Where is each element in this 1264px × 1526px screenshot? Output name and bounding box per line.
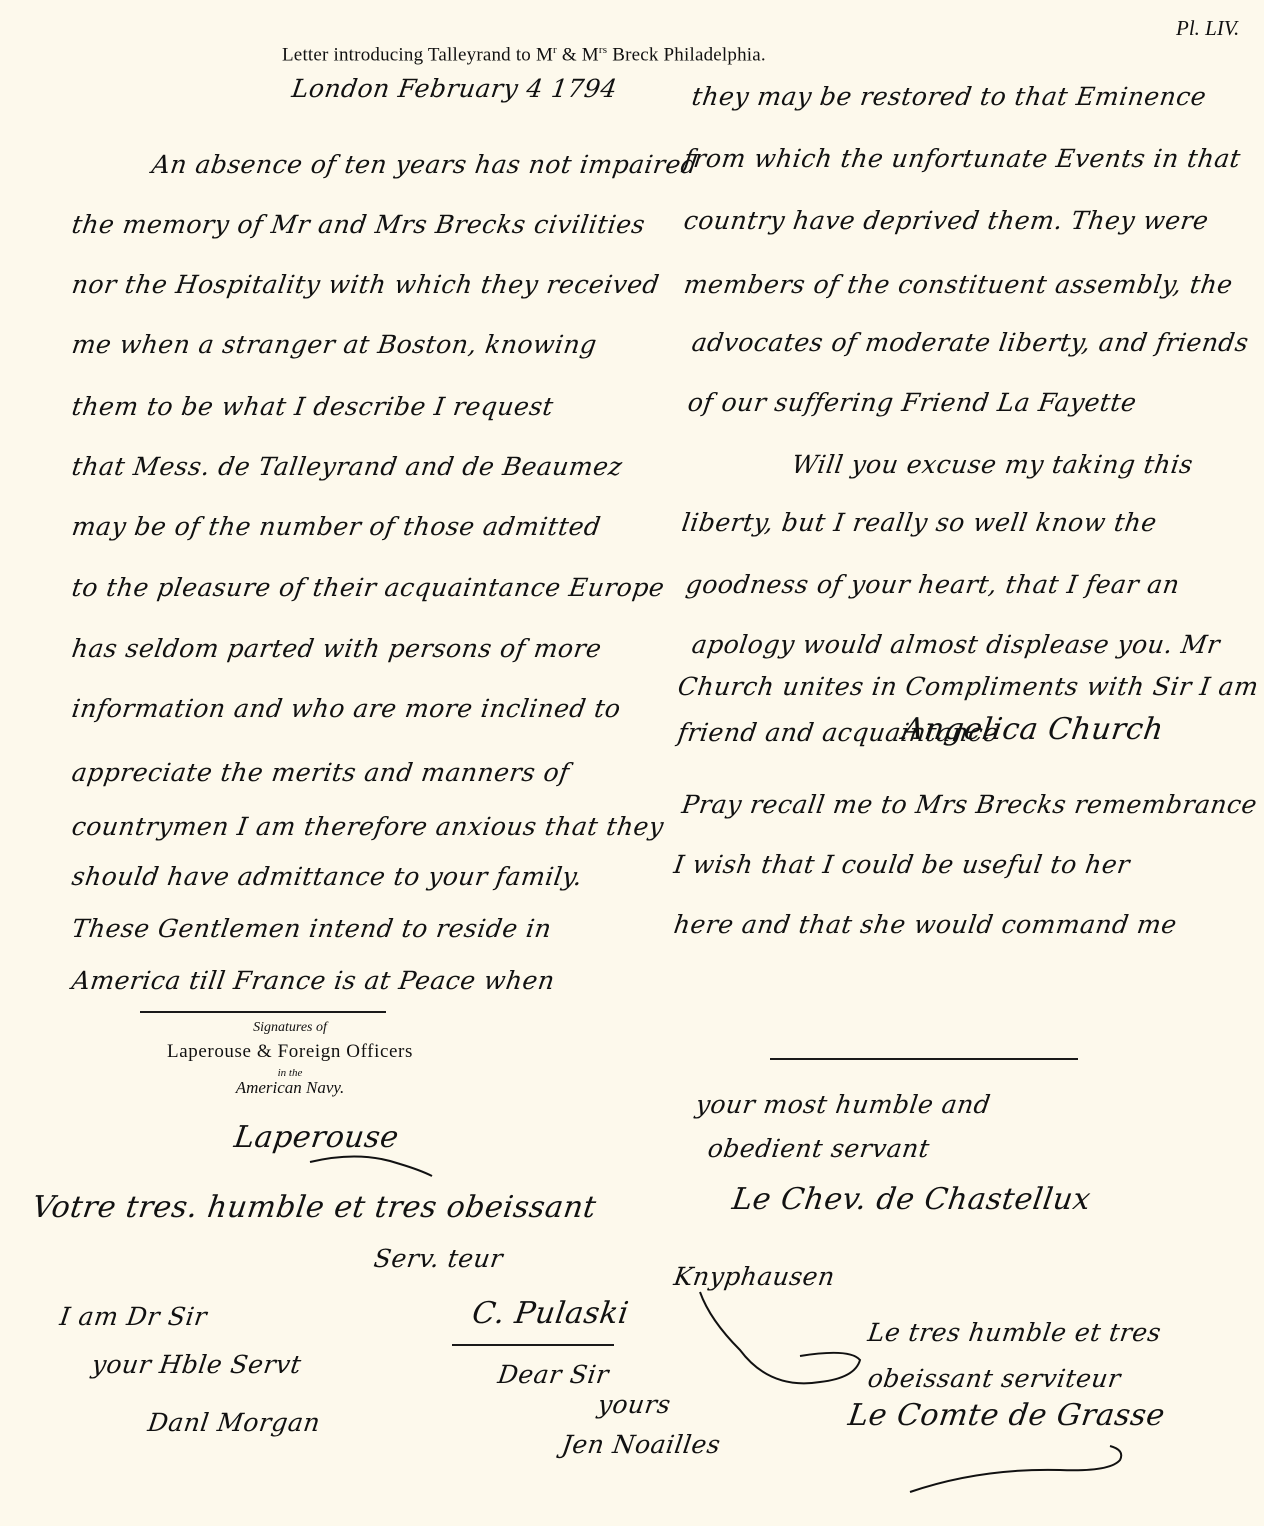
signature-comte-de-grasse: Le Comte de Grasse	[846, 1398, 1167, 1433]
signature-tres-humble: Le tres humble et tres	[866, 1318, 1163, 1347]
letter-line: has seldom parted with persons of more	[70, 634, 604, 663]
plate-number: Pl. LIV.	[1176, 16, 1239, 41]
letter-line: countrymen I am therefore anxious that t…	[70, 812, 666, 841]
letter-line: America till France is at Peace when	[70, 966, 557, 995]
divider-rule	[140, 1011, 386, 1013]
signature-your-most: your most humble and	[694, 1090, 992, 1119]
letter-line: them to be what I describe I request	[70, 392, 555, 421]
signature-i-am: I am Dr Sir	[58, 1302, 209, 1331]
plate-title: Letter introducing Talleyrand to Mr & Mr…	[282, 44, 766, 66]
letter-line: Pray recall me to Mrs Brecks remembrance	[680, 790, 1259, 819]
letter-line: members of the constituent assembly, the	[682, 270, 1235, 299]
letter-line: liberty, but I really so well know the	[680, 508, 1159, 537]
signature-votre-line-2: Serv. teur	[372, 1244, 505, 1273]
signature-morgan: Danl Morgan	[146, 1408, 322, 1437]
letter-line: goodness of your heart, that I fear an	[684, 570, 1182, 599]
signature-knyphausen: Knyphausen	[672, 1262, 837, 1291]
signature-yours: yours	[596, 1390, 673, 1419]
signature-your-hble: your Hble Servt	[90, 1350, 303, 1379]
signature-votre-line: Votre tres. humble et tres obeissant	[30, 1190, 598, 1225]
letter-line: should have admittance to your family.	[70, 862, 584, 891]
signature-angelica-church: Angelica Church	[900, 712, 1166, 747]
letter-line: information and who are more inclined to	[70, 694, 623, 723]
letter-dateline: London February 4 1794	[290, 74, 619, 103]
divider-rule	[770, 1058, 1078, 1060]
letter-line: apology would almost displease you. Mr	[690, 630, 1222, 659]
caption-signatures-of: Signatures of	[140, 1020, 440, 1036]
title-text: Letter introducing Talleyrand to M	[282, 44, 553, 65]
flourish-icon	[690, 1290, 870, 1400]
title-text: Breck Philadelphia.	[607, 44, 766, 65]
signature-pulaski: C. Pulaski	[470, 1296, 631, 1331]
signature-dear-sir: Dear Sir	[496, 1360, 611, 1389]
letter-line: to the pleasure of their acquaintance Eu…	[70, 573, 666, 602]
letter-line: they may be restored to that Eminence	[690, 82, 1208, 111]
letter-line: appreciate the merits and manners of	[70, 758, 571, 787]
title-text: & M	[557, 44, 599, 65]
letter-line: Church unites in Compliments with Sir I …	[676, 672, 1264, 701]
signature-obeissant-serviteur: obeissant serviteur	[866, 1364, 1123, 1393]
signature-laperouse: Laperouse	[232, 1120, 401, 1155]
letter-line: country have deprived them. They were	[682, 206, 1211, 235]
divider-rule	[452, 1344, 614, 1346]
letter-line: advocates of moderate liberty, and frien…	[690, 328, 1251, 357]
letter-line: the memory of Mr and Mrs Brecks civiliti…	[70, 210, 647, 239]
letter-line: These Gentlemen intend to reside in	[70, 914, 553, 943]
title-sup: rs	[599, 44, 607, 56]
signature-chastellux: Le Chev. de Chastellux	[730, 1182, 1093, 1217]
letter-line: from which the unfortunate Events in tha…	[682, 144, 1243, 173]
letter-line: I wish that I could be useful to her	[672, 850, 1132, 879]
letter-line: Will you excuse my taking this	[790, 450, 1195, 479]
signature-obedient: obedient servant	[706, 1134, 932, 1163]
caption-american-navy: American Navy.	[140, 1078, 440, 1098]
letter-line: that Mess. de Talleyrand and de Beaumez	[70, 452, 624, 481]
flourish-icon	[900, 1440, 1140, 1500]
letter-line: here and that she would command me	[672, 910, 1179, 939]
letter-line: me when a stranger at Boston, knowing	[70, 330, 599, 359]
caption-title: Laperouse & Foreign Officers	[140, 1041, 440, 1063]
letter-line: An absence of ten years has not impaired	[150, 150, 700, 179]
signature-noailles: Jen Noailles	[560, 1430, 722, 1459]
letter-line: may be of the number of those admitted	[70, 512, 603, 541]
letter-line: of our suffering Friend La Fayette	[686, 388, 1139, 417]
letter-line: nor the Hospitality with which they rece…	[70, 270, 661, 299]
